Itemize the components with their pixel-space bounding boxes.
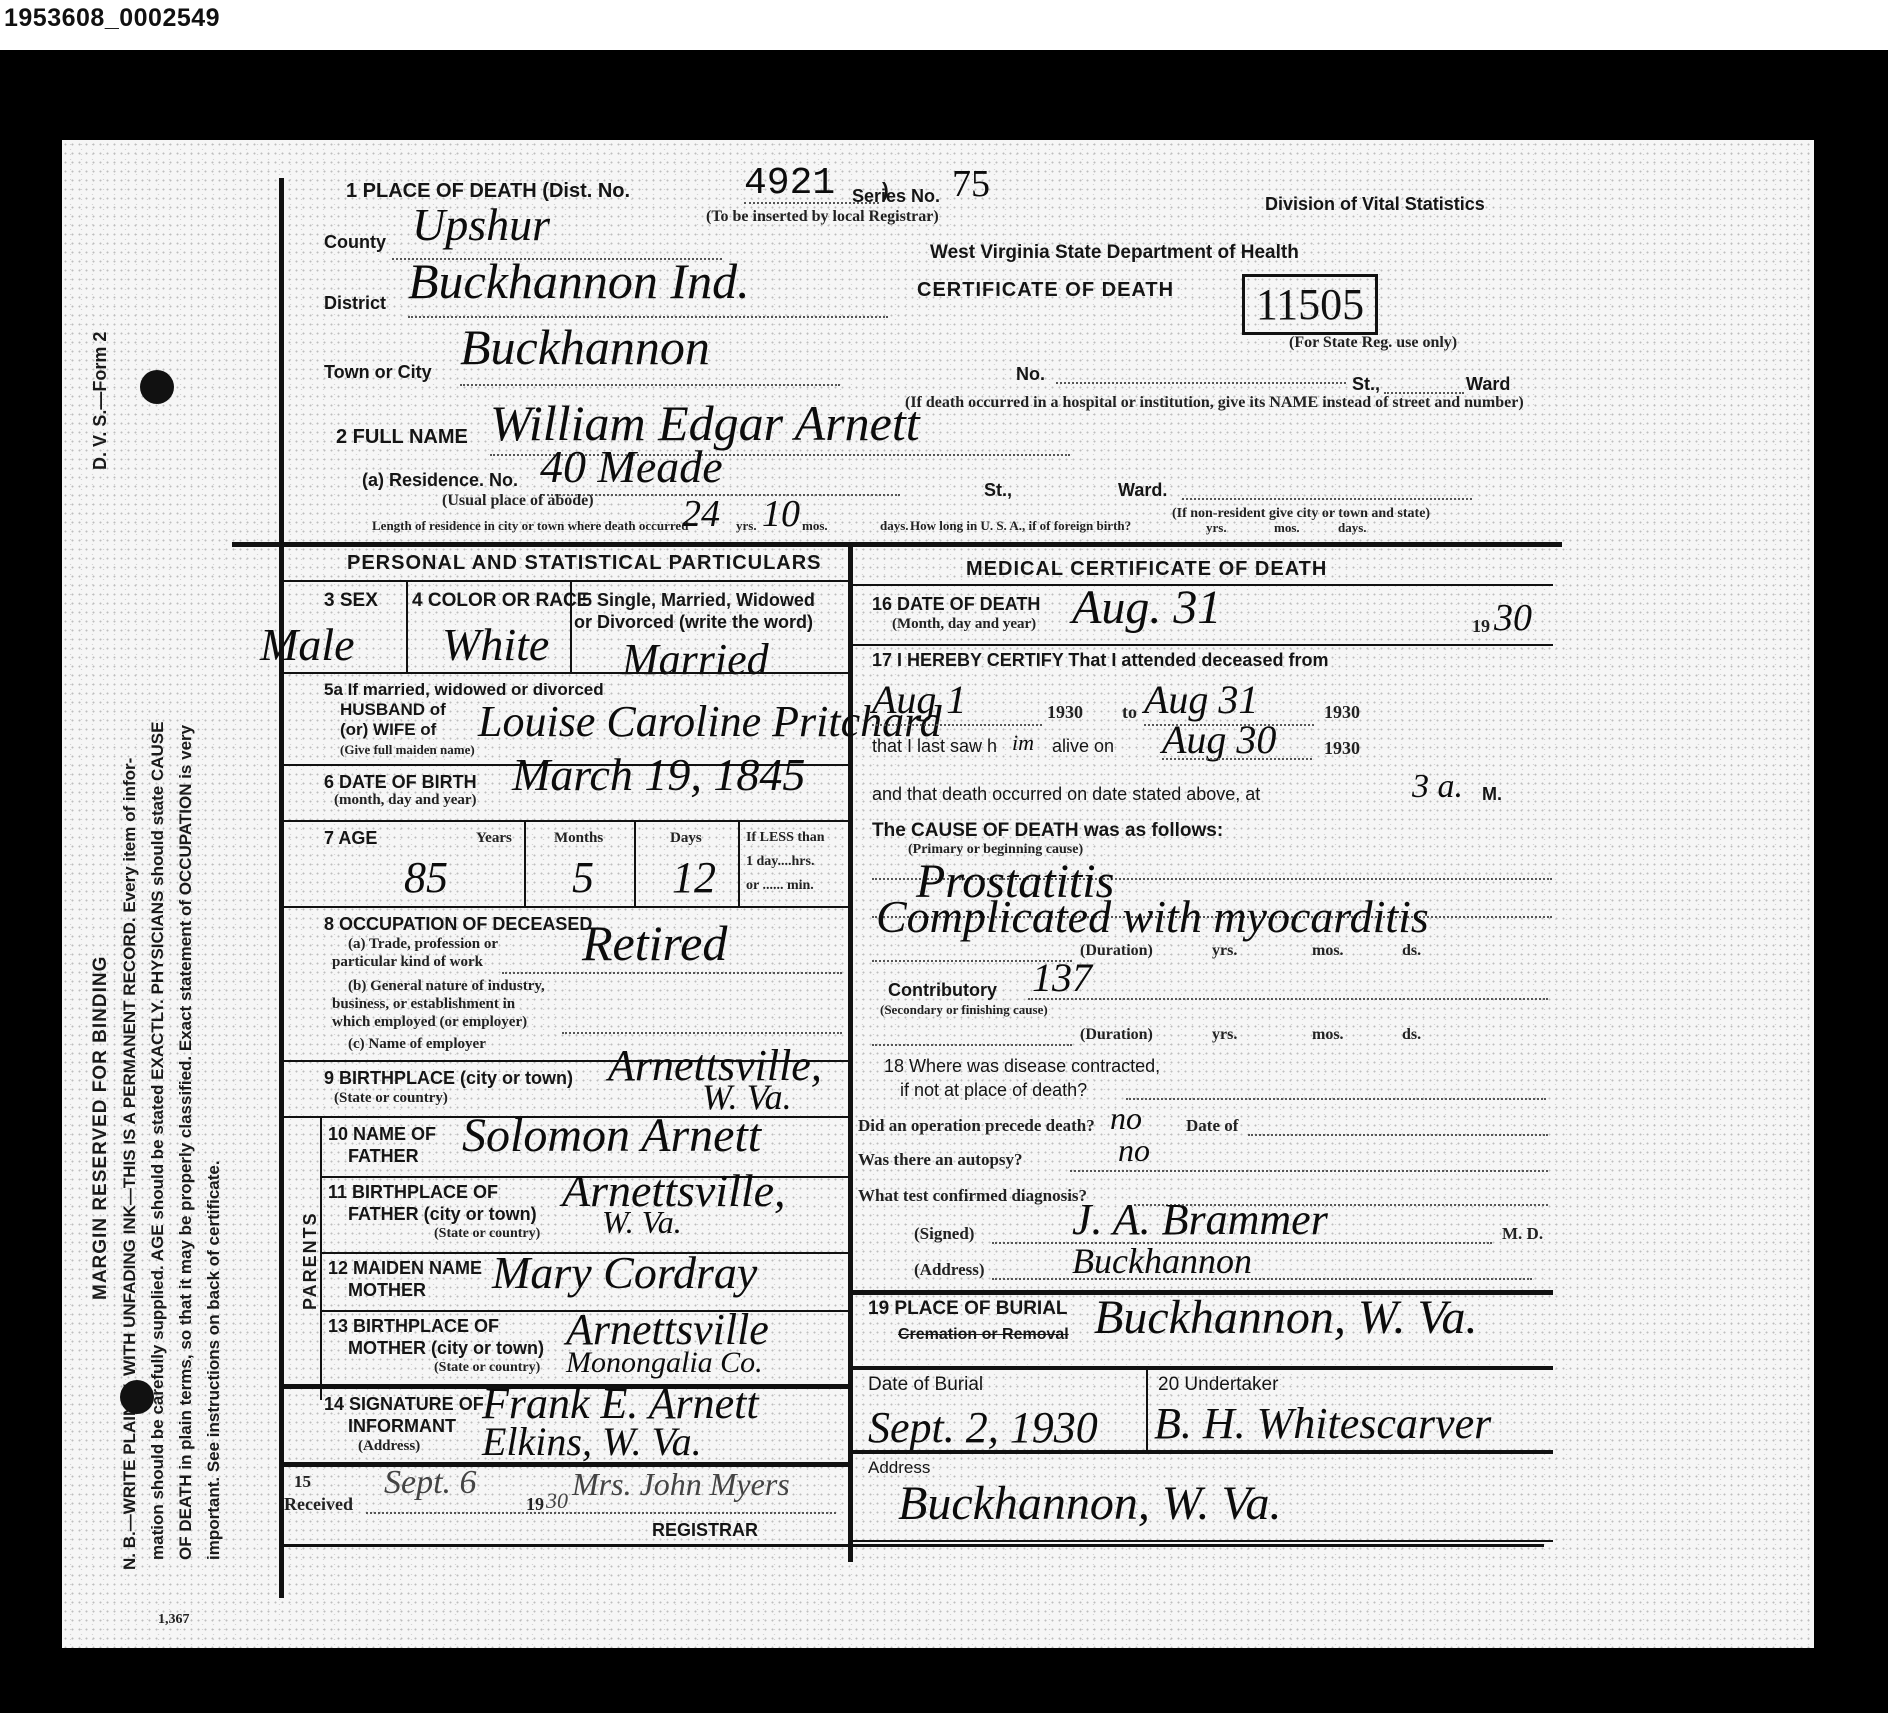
length-mos-label: mos.	[802, 518, 828, 534]
father-label-1: 10 NAME OF	[328, 1124, 436, 1145]
last-saw-label: that I last saw h	[872, 736, 997, 757]
town-value: Buckhannon	[460, 318, 710, 376]
age-less-label-3: or ...... min.	[746, 878, 814, 894]
section-middle-divider	[848, 542, 853, 1562]
abode-note: (Usual place of abode)	[442, 492, 594, 510]
last-saw-dots	[1162, 758, 1312, 760]
occupation-a-1: (a) Trade, profession or	[348, 936, 498, 953]
sex-label: 3 SEX	[324, 590, 378, 612]
age-less-label-1: If LESS than	[746, 830, 825, 846]
occupation-dots	[502, 972, 842, 974]
received-number: 15	[294, 1472, 311, 1492]
contributory-value: 137	[1032, 954, 1092, 1001]
marital-value: Married	[622, 634, 769, 685]
dob-sub: (month, day and year)	[334, 792, 477, 809]
district-value: Buckhannon Ind.	[408, 252, 750, 310]
received-year-value: 30	[546, 1488, 568, 1514]
duration-ds-1: ds.	[1402, 942, 1421, 960]
mother-birthplace-label-1: 13 BIRTHPLACE OF	[328, 1316, 499, 1337]
county-label: County	[324, 232, 386, 253]
spouse-label-2: HUSBAND of	[340, 700, 446, 720]
autopsy-label: Was there an autopsy?	[858, 1150, 1023, 1170]
rule	[524, 822, 526, 906]
rule	[284, 580, 848, 582]
contributory-label: Contributory	[888, 980, 997, 1001]
duration-yrs-1: yrs.	[1212, 942, 1237, 960]
father-birthplace-sub: (State or country)	[434, 1226, 540, 1242]
attended-from-year: 1930	[1047, 702, 1083, 723]
date-of-label: Date of	[1186, 1116, 1238, 1136]
duration-ds-2: ds.	[1402, 1026, 1421, 1044]
marital-label-1: 5 Single, Married, Widowed	[582, 590, 815, 611]
date-of-death-label: 16 DATE OF DEATH	[872, 594, 1040, 615]
duration-label-2: (Duration)	[1080, 1026, 1153, 1044]
rule	[634, 822, 636, 906]
rule	[1146, 1370, 1148, 1450]
usa-residence-label: How long in U. S. A., if of foreign birt…	[910, 518, 1131, 534]
occupation-b-dots	[562, 1032, 842, 1034]
father-name-value: Solomon Arnett	[462, 1108, 761, 1163]
state-reg-note: (For State Reg. use only)	[1289, 334, 1457, 352]
father-birthplace-label-2: FATHER (city or town)	[348, 1204, 537, 1225]
burial-place-label: 19 PLACE OF BURIAL	[868, 1298, 1068, 1320]
age-years-label: Years	[476, 830, 512, 847]
length-yrs-label: yrs.	[736, 518, 757, 534]
margin-form-id: D. V. S.—Form 2	[90, 332, 111, 470]
residence-value: 40 Meade	[540, 440, 723, 493]
ink-blot-mark	[120, 1380, 154, 1414]
document-id-caption: 1953608_0002549	[4, 4, 220, 33]
md-label: M. D.	[1502, 1224, 1543, 1244]
undertaker-address-value: Buckhannon, W. Va.	[898, 1476, 1282, 1531]
hospital-note: (If death occurred in a hospital or inst…	[905, 394, 1524, 412]
margin-instruction-line-2: mation should be carefully supplied. AGE…	[148, 722, 168, 1561]
received-year-prefix: 19	[526, 1494, 544, 1515]
rule	[570, 582, 572, 672]
spouse-label-4: (Give full maiden name)	[340, 742, 475, 758]
duration-mos-2: mos.	[1312, 1026, 1344, 1044]
occupation-b-2: business, or establishment in	[332, 996, 515, 1013]
rule	[284, 906, 848, 908]
st-label: St.,	[1352, 374, 1380, 395]
test-label: What test confirmed diagnosis?	[858, 1186, 1087, 1206]
burial-date-value: Sept. 2, 1930	[868, 1402, 1098, 1453]
occupation-a-2: particular kind of work	[332, 954, 483, 971]
length-days-label: days.	[880, 518, 909, 534]
full-name-label: 2 FULL NAME	[336, 426, 468, 449]
birthplace-sub: (State or country)	[334, 1090, 448, 1107]
county-value: Upshur	[412, 198, 550, 251]
date-of-dots	[1248, 1134, 1548, 1136]
age-years-value: 85	[404, 852, 448, 903]
autopsy-dots	[1070, 1170, 1548, 1172]
occupation-value: Retired	[582, 914, 727, 972]
contributory-dots	[1028, 998, 1548, 1000]
father-birthplace-label-1: 11 BIRTHPLACE OF	[328, 1182, 498, 1203]
attended-to-year: 1930	[1324, 702, 1360, 723]
physician-address-value: Buckhannon	[1072, 1240, 1252, 1282]
rule	[853, 644, 1553, 646]
burial-place-value: Buckhannon, W. Va.	[1094, 1290, 1478, 1345]
certify-label: 17 I HEREBY CERTIFY That I attended dece…	[872, 650, 1328, 671]
physician-address-dots	[992, 1278, 1532, 1280]
personal-section-title: PERSONAL AND STATISTICAL PARTICULARS	[347, 552, 822, 575]
age-months-label: Months	[554, 830, 603, 847]
cremation-label: Cremation or Removal	[898, 1326, 1069, 1344]
print-code: 1,367	[158, 1612, 190, 1628]
dob-label: 6 DATE OF BIRTH	[324, 772, 477, 793]
attended-from-dots	[872, 724, 1042, 726]
district-label: District	[324, 293, 386, 314]
margin-instruction-line-4: important. See instructions on back of c…	[204, 1160, 224, 1560]
rule	[853, 1450, 1553, 1454]
registrar-signature: Mrs. John Myers	[572, 1466, 790, 1503]
time-of-death-value: 3 a.	[1412, 768, 1463, 806]
section-top-rule	[232, 542, 1562, 547]
mother-label-1: 12 MAIDEN NAME	[328, 1258, 482, 1279]
age-less-label-2: 1 day....hrs.	[746, 854, 814, 870]
age-days-value: 12	[672, 852, 716, 903]
father-label-2: FATHER	[348, 1146, 419, 1167]
town-label: Town or City	[324, 362, 432, 383]
length-of-residence-label: Length of residence in city or town wher…	[372, 518, 688, 534]
cause-of-death-label: The CAUSE OF DEATH was as follows:	[872, 820, 1223, 842]
attended-from-value: Aug 1	[872, 676, 966, 723]
residence-label: (a) Residence. No.	[362, 470, 518, 491]
medical-section-title: MEDICAL CERTIFICATE OF DEATH	[966, 558, 1327, 581]
margin-instruction-line-3: OF DEATH in plain terms, so that it may …	[176, 725, 196, 1560]
mother-birthplace-state: Monongalia Co.	[566, 1346, 763, 1380]
date-of-death-year-prefix: 19	[1472, 616, 1490, 637]
mother-name-value: Mary Cordray	[492, 1246, 757, 1299]
contracted-dots	[1126, 1098, 1546, 1100]
ward-label: Ward	[1466, 374, 1510, 395]
occupation-c: (c) Name of employer	[348, 1036, 486, 1053]
ink-blot-mark	[140, 370, 174, 404]
division-vital-statistics: Division of Vital Statistics	[1265, 194, 1485, 215]
cause-line-2: Complicated with myocarditis	[876, 890, 1429, 943]
alive-on-label: alive on	[1052, 736, 1114, 757]
rule	[284, 1544, 1544, 1547]
duration-mos-1: mos.	[1312, 942, 1344, 960]
death-certificate-sheet: MARGIN RESERVED FOR BINDING D. V. S.—For…	[62, 140, 1814, 1648]
received-date-value: Sept. 6	[384, 1464, 477, 1502]
residence-ward-label: Ward.	[1118, 480, 1167, 501]
race-value: White	[442, 618, 549, 671]
to-label: to	[1122, 702, 1137, 723]
date-of-death-sub: (Month, day and year)	[892, 616, 1036, 633]
date-of-death-year: 30	[1494, 596, 1532, 640]
rule	[853, 1540, 1553, 1542]
state-registration-number: 11505	[1242, 274, 1378, 335]
age-days-label: Days	[670, 830, 702, 847]
received-dots	[366, 1512, 836, 1514]
signed-label: (Signed)	[914, 1224, 974, 1244]
registrar-label: REGISTRAR	[652, 1520, 758, 1541]
received-label: Received	[284, 1494, 353, 1515]
street-no-label: No.	[1016, 364, 1045, 385]
spouse-label-3: (or) WIFE of	[340, 720, 436, 740]
informant-address-value: Elkins, W. Va.	[482, 1418, 702, 1465]
m-label: M.	[1482, 784, 1502, 805]
informant-label-1: 14 SIGNATURE OF	[324, 1394, 484, 1415]
sex-value: Male	[260, 618, 355, 671]
street-no-dots	[1056, 382, 1346, 384]
rule	[406, 582, 408, 672]
usa-mos-label: mos.	[1274, 520, 1300, 536]
marital-label-2: or Divorced (write the word)	[574, 612, 813, 633]
last-saw-pronoun: im	[1012, 730, 1034, 756]
usa-yrs-label: yrs.	[1206, 520, 1227, 536]
mother-birthplace-label-2: MOTHER (city or town)	[348, 1338, 544, 1359]
residence-ward-dots	[1182, 498, 1472, 500]
age-months-value: 5	[572, 852, 594, 903]
contracted-label-1: 18 Where was disease contracted,	[884, 1056, 1160, 1077]
mother-birthplace-sub: (State or country)	[434, 1360, 540, 1376]
undertaker-value: B. H. Whitescarver	[1154, 1398, 1491, 1449]
margin-binding-text: MARGIN RESERVED FOR BINDING	[90, 956, 112, 1300]
informant-address-label: (Address)	[358, 1438, 420, 1455]
rule	[284, 672, 848, 674]
duration-yrs-2: yrs.	[1212, 1026, 1237, 1044]
contributory-dots-2	[872, 1044, 1072, 1046]
occurred-label: and that death occurred on date stated a…	[872, 784, 1260, 805]
length-months-value: 10	[762, 492, 800, 536]
residence-st-label: St.,	[984, 480, 1012, 501]
parents-side-label: PARENTS	[300, 1211, 321, 1310]
length-years-value: 24	[682, 492, 720, 536]
town-dots	[460, 384, 840, 386]
date-of-death-value: Aug. 31	[1072, 580, 1221, 635]
rule	[284, 820, 848, 822]
district-number-value: 4921	[744, 162, 835, 205]
inserted-by-registrar-note: (To be inserted by local Registrar)	[706, 208, 939, 226]
autopsy-value: no	[1118, 1132, 1150, 1169]
operation-label: Did an operation precede death?	[858, 1116, 1095, 1136]
undertaker-address-label: Address	[868, 1458, 930, 1478]
certificate-title: CERTIFICATE OF DEATH	[917, 279, 1174, 302]
last-saw-year: 1930	[1324, 738, 1360, 759]
rule	[738, 822, 740, 906]
series-number-value: 75	[952, 162, 990, 206]
occupation-b-1: (b) General nature of industry,	[348, 978, 545, 995]
father-birthplace-state: W. Va.	[602, 1204, 682, 1241]
secondary-cause-note: (Secondary or finishing cause)	[880, 1002, 1048, 1018]
last-saw-value: Aug 30	[1162, 716, 1276, 763]
residence-dots	[540, 494, 900, 496]
occupation-label: 8 OCCUPATION OF DECEASED	[324, 914, 592, 935]
burial-date-label: Date of Burial	[868, 1374, 983, 1396]
informant-label-2: INFORMANT	[348, 1416, 456, 1437]
margin-instruction-line-1: N. B.—WRITE PLAINLY, WITH UNFADING INK—T…	[120, 758, 140, 1570]
usa-days-label: days.	[1338, 520, 1367, 536]
occupation-b-3: which employed (or employer)	[332, 1014, 527, 1031]
rule	[853, 1366, 1553, 1370]
dob-value: March 19, 1845	[512, 748, 805, 801]
race-label: 4 COLOR OR RACE	[412, 590, 589, 612]
series-number-label: Series No.	[852, 186, 940, 207]
department-of-health: West Virginia State Department of Health	[930, 242, 1299, 264]
physician-signature: J. A. Brammer	[1072, 1194, 1328, 1245]
mother-label-2: MOTHER	[348, 1280, 426, 1301]
age-label: 7 AGE	[324, 828, 377, 849]
contracted-label-2: if not at place of death?	[900, 1080, 1087, 1101]
physician-address-label: (Address)	[914, 1260, 985, 1280]
undertaker-label: 20 Undertaker	[1158, 1374, 1278, 1396]
birthplace-label: 9 BIRTHPLACE (city or town)	[324, 1068, 573, 1089]
